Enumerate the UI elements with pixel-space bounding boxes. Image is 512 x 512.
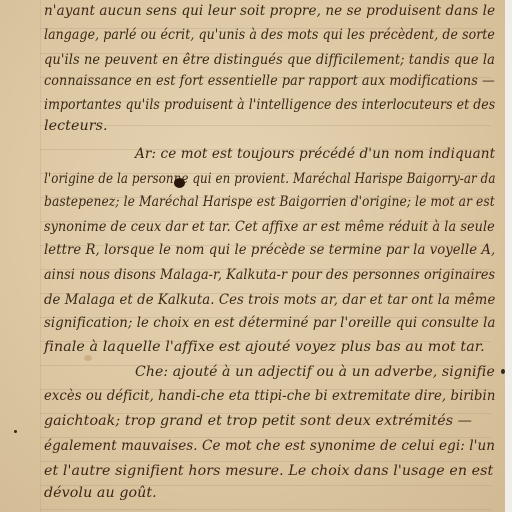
text-line: signification; le choix en est déterminé… [44, 313, 495, 333]
text-line: importantes qu'ils produisent à l'intell… [44, 95, 495, 115]
text-line: de Malaga et de Kalkuta. Ces trois mots … [44, 290, 495, 310]
text-line: dévolu au goût. [44, 483, 495, 503]
ink-speck [14, 430, 17, 433]
text-line: bastepenez; le Maréchal Harispe est Baig… [44, 192, 495, 212]
text-line: lecteurs. [44, 116, 495, 136]
text-line: finale à laquelle l'affixe est ajouté vo… [44, 337, 495, 357]
text-line: qu'ils ne peuvent en être distingués que… [44, 50, 495, 70]
text-line: n'ayant aucun sens qui leur soit propre,… [44, 1, 495, 21]
paragraph-heading-che: Che: ajouté à un adjectif ou à un adverb… [135, 362, 495, 382]
text-line: lettre R, lorsque le nom qui le précède … [44, 240, 495, 260]
text-line: gaichtoak; trop grand et trop petit sont… [44, 411, 495, 431]
text-line: l'origine de la personne qui en provient… [44, 169, 495, 189]
ink-blot [174, 178, 185, 188]
text-line: et l'autre signifient hors mesure. Le ch… [44, 461, 495, 481]
manuscript-page: n'ayant aucun sens qui leur soit propre,… [0, 0, 505, 512]
text-line: ainsi nous disons Malaga-r, Kalkuta-r po… [44, 265, 495, 285]
text-line: également mauvaises. Ce mot che est syno… [44, 436, 495, 456]
text-line: langage, parlé ou écrit, qu'unis à des m… [44, 25, 495, 45]
text-line: synonime de ceux dar et tar. Cet affixe … [44, 217, 495, 237]
text-line: excès ou déficit, handi-che eta ttipi-ch… [44, 386, 495, 406]
ruled-line [40, 509, 491, 510]
paragraph-heading-ar: Ar: ce mot est toujours précédé d'un nom… [135, 144, 495, 164]
text-line: connaissance en est fort essentielle par… [44, 71, 495, 91]
ink-speck [501, 369, 505, 374]
stain-spot [84, 355, 92, 361]
